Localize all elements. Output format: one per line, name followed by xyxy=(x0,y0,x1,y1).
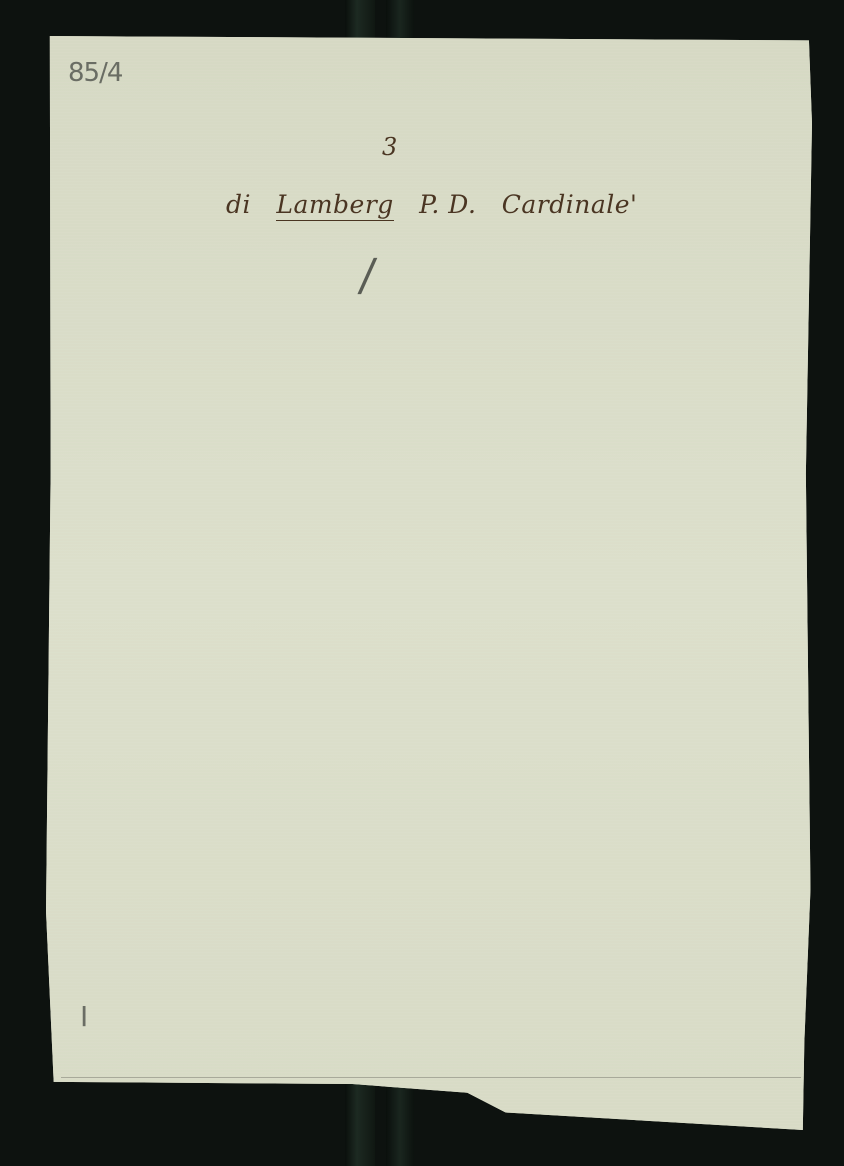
folio-number: 3 xyxy=(382,133,397,161)
title-rank: Cardinale' xyxy=(502,190,638,219)
title-name: Lamberg xyxy=(276,190,393,221)
roman-numeral-marker: I xyxy=(80,1000,88,1033)
title-abbreviation: P. D. xyxy=(419,190,476,219)
document-title: di Lamberg P. D. Cardinale' xyxy=(226,190,637,221)
title-prefix: di xyxy=(226,190,251,219)
shelfmark-annotation: 85/4 xyxy=(68,58,122,88)
